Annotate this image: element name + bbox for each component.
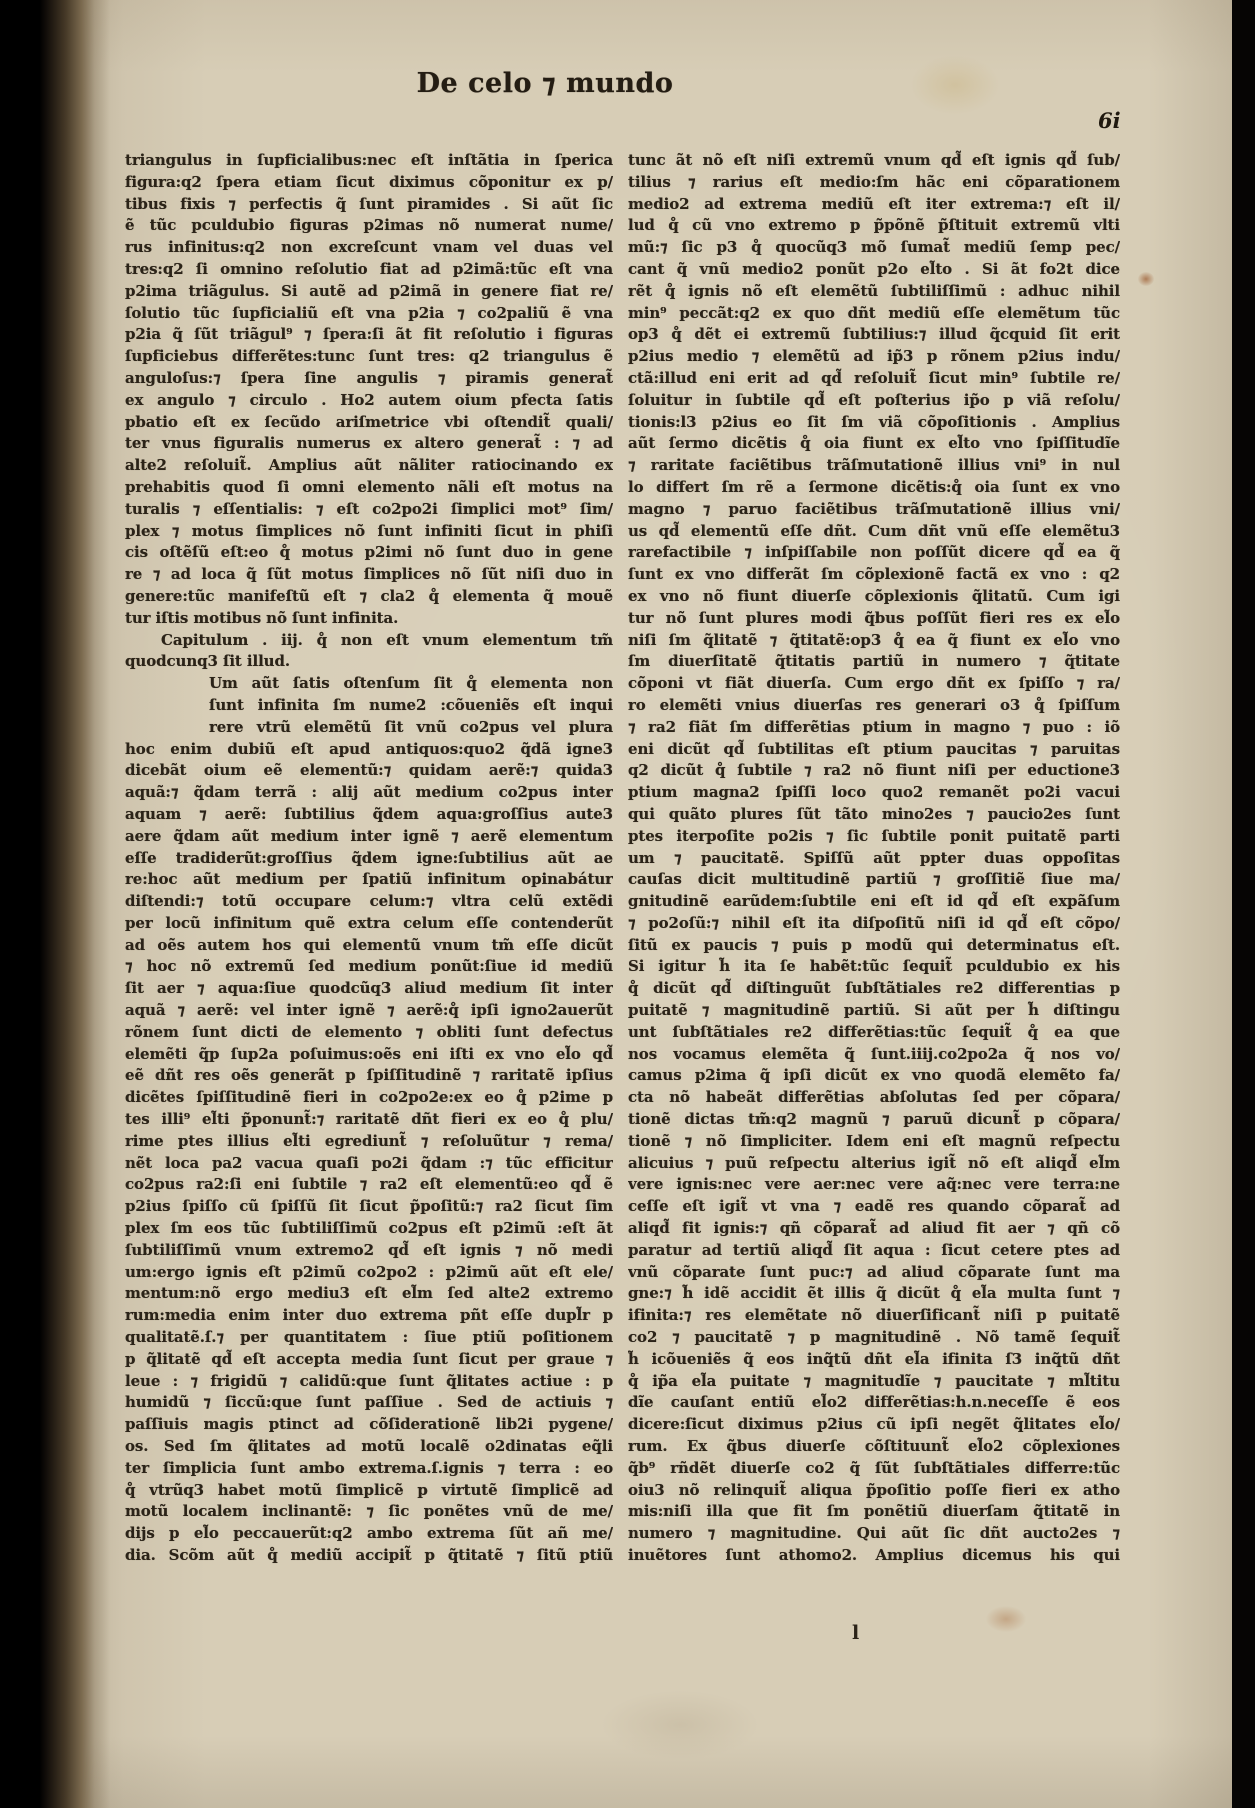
- text-line: elemẽti q̃p ſup2a poſuimus:oẽs eni iſti …: [125, 1044, 613, 1066]
- text-line: plex ſm eos tũc ſubtiliſſimũ co2pus eſt …: [125, 1218, 613, 1240]
- text-line: unt ſubſtãtiales re2 differẽtias:tũc ſeq…: [628, 1022, 1120, 1044]
- text-line: paratur ad tertiũ aliqd̃ ſit aqua : ſicu…: [628, 1240, 1120, 1262]
- text-line: aere q̃dam aũt medium inter ignẽ ⁊ aerẽ …: [125, 826, 613, 848]
- text-line: ⁊ po2oſũ:⁊ nihil eſt ita diſpoſitũ niſi …: [628, 913, 1120, 935]
- text-line: tunc ãt nõ eſt niſi extremũ vnum qd̃ eſt…: [628, 150, 1120, 172]
- text-line: aũt ſermo dicẽtis q̊ oia fiunt ex el̃to …: [628, 433, 1120, 455]
- text-line: eſſe tradiderũt:groſſius q̃dem igne:ſubt…: [125, 848, 613, 870]
- left-text-column: triangulus in ſupficialibus:nec eſt inſt…: [125, 150, 613, 1567]
- text-line: ter ſimplicia ſunt ambo extrema.ſ.ignis …: [125, 1458, 613, 1480]
- text-line: niſi ſm q̃litatẽ ⁊ q̃titatẽ:op3 q̊ ea q̃…: [628, 630, 1120, 652]
- text-line: p2ia q̃ ſũt triãgul⁹ ⁊ ſpera:ſi ãt fit r…: [125, 324, 613, 346]
- text-line: rere vtrũ elemẽtũ ſit vnũ co2pus vel plu…: [125, 717, 613, 739]
- text-line: nẽt loca pa2 vacua quaſi po2i q̃dam :⁊ t…: [125, 1153, 613, 1175]
- text-line: aquã ⁊ aerẽ: vel inter ignẽ ⁊ aerẽ:q̊ ip…: [125, 1000, 613, 1022]
- text-line: mentum:nõ ergo mediu3 eſt el̃m ſed alte2…: [125, 1283, 613, 1305]
- text-line: ⁊ raritate faciẽtibus trãſmutationẽ illi…: [628, 455, 1120, 477]
- folio-number: 6i: [1098, 108, 1121, 133]
- text-line: medio2 ad extrema mediũ eſt iter extrema…: [628, 194, 1120, 216]
- text-line: rum:media enim inter duo extrema pñt eſſ…: [125, 1305, 613, 1327]
- text-line: tilius ⁊ rarius eſt medio:ſm hãc eni cõp…: [628, 172, 1120, 194]
- text-line: anguloſus:⁊ ſpera ſine angulis ⁊ piramis…: [125, 368, 613, 390]
- text-line: dicẽtes ſpiſſitudinẽ fieri in co2po2e:ex…: [125, 1087, 613, 1109]
- text-line: ptes iterpoſite po2is ⁊ ſic ſubtile poni…: [628, 826, 1120, 848]
- text-line: p2ima triãgulus. Si autẽ ad p2imã in gen…: [125, 281, 613, 303]
- text-line: turalis ⁊ eſſentialis: ⁊ eſt co2po2i ſim…: [125, 499, 613, 521]
- text-line: pbatio eſt ex ſecũdo ariſmetrice vbi oſt…: [125, 412, 613, 434]
- text-line: tibus fixis ⁊ perfectis q̃ ſunt piramide…: [125, 194, 613, 216]
- text-line: ex vno nõ fiunt diuerſe cõplexionis q̃li…: [628, 586, 1120, 608]
- text-line: Capitulum . iij. q̊ non eſt vnum element…: [125, 630, 613, 652]
- text-line: ptium magna2 ſpiſſi loco quo2 remanẽt po…: [628, 782, 1120, 804]
- text-line: ⁊ hoc nõ extremũ ſed medium ponũt:ſiue i…: [125, 956, 613, 978]
- text-line: aquam ⁊ aerẽ: ſubtilius q̃dem aqua:groſſ…: [125, 804, 613, 826]
- text-line: inuẽtores ſunt athomo2. Amplius dicemus …: [628, 1545, 1120, 1567]
- text-line: gnitudinẽ earũdem:ſubtile eni eſt id qd̃…: [628, 891, 1120, 913]
- text-line: q̊ vtrũq3 habet motũ ſimplicẽ p virtutẽ …: [125, 1480, 613, 1502]
- text-line: aquã:⁊ q̃dam terrã : alij aũt medium co2…: [125, 782, 613, 804]
- text-line: gne:⁊ h̃ idẽ accidit ẽt illis q̃ dicũt q…: [628, 1283, 1120, 1305]
- text-line: tur nõ ſunt plures modi q̃bus poſſũt fie…: [628, 608, 1120, 630]
- text-line: ctã:illud eni erit ad qd̃ reſoluit̃ ſicu…: [628, 368, 1120, 390]
- text-line: um:ergo ignis eſt p2imũ co2po2 : p2imũ a…: [125, 1262, 613, 1284]
- text-line: ſunt ex vno differãt ſm cõplexionẽ factã…: [628, 564, 1120, 586]
- text-line: ſubtiliſſimũ vnum extremo2 qd̃ eſt ignis…: [125, 1240, 613, 1262]
- text-line: dicere:ſicut diximus p2ius cũ ipſi negẽt…: [628, 1414, 1120, 1436]
- text-line: nos vocamus elemẽta q̃ ſunt.iiij.co2po2a…: [628, 1044, 1120, 1066]
- text-line: rus infinitus:q2 non excreſcunt vnam vel…: [125, 237, 613, 259]
- text-line: um ⁊ paucitatẽ. Spiſſũ aũt ppter duas op…: [628, 848, 1120, 870]
- running-title: De celo ⁊ mundo: [400, 68, 690, 99]
- text-line: mũ:⁊ ſic p3 q̊ quocũq3 mõ ſumat̃ mediũ ſ…: [628, 237, 1120, 259]
- text-line: ſit aer ⁊ aqua:ſiue quodcũq3 aliud mediu…: [125, 978, 613, 1000]
- text-line: dĩe cauſant entiũ el̃o2 differẽtias:h.n.…: [628, 1392, 1120, 1414]
- text-line: h̃ icõueniẽs q̃ eos inq̃tũ dñt el̃a ifin…: [628, 1349, 1120, 1371]
- text-line: ſoluitur in ſubtile qd̃ eſt poſterius ip…: [628, 390, 1120, 412]
- text-line: ſm diuerſitatẽ q̃titatis partiũ in numer…: [628, 651, 1120, 673]
- signature-mark: l: [852, 1622, 859, 1644]
- text-line: p2ius ſpiſſo cũ ſpiſſũ ſit ſicut p̃poſit…: [125, 1196, 613, 1218]
- text-line: ẽ tũc pculdubio figuras p2imas nõ numera…: [125, 215, 613, 237]
- text-line: tionẽ ⁊ nõ ſimpliciter. Idem eni eſt mag…: [628, 1131, 1120, 1153]
- book-gutter-edge: [0, 0, 110, 1808]
- text-line: tres:q2 ſi omnino reſolutio fiat ad p2im…: [125, 259, 613, 281]
- text-line: paſſiuis magis ptinct ad cõſiderationẽ l…: [125, 1414, 613, 1436]
- text-line: tes illi⁹ el̃ti p̃ponunt̃:⁊ raritatẽ dñt…: [125, 1109, 613, 1131]
- text-line: puitatẽ ⁊ magnitudinẽ partiũ. Si aũt per…: [628, 1000, 1120, 1022]
- text-line: humidũ ⁊ ſiccũ:que ſunt paſſiue . Sed de…: [125, 1392, 613, 1414]
- text-line: tionis:l3 p2ius eo ſit ſm viã cõpoſition…: [628, 412, 1120, 434]
- text-line: q2 dicũt q̊ ſubtile ⁊ ra2 nõ fiunt niſi …: [628, 760, 1120, 782]
- text-line: co2 ⁊ paucitatẽ ⁊ p magnitudinẽ . Nõ tam…: [628, 1327, 1120, 1349]
- text-line: ſupficiebus differẽtes:tunc ſunt tres: q…: [125, 346, 613, 368]
- text-line: ad oẽs autem hos qui elementũ vnum tm̃ e…: [125, 935, 613, 957]
- text-line: Si igitur h̃ ita ſe habẽt:tũc ſequit̃ pc…: [628, 956, 1120, 978]
- text-line: ter vnus figuralis numerus ex altero gen…: [125, 433, 613, 455]
- text-line: rõnem ſunt dicti de elemento ⁊ obliti ſu…: [125, 1022, 613, 1044]
- text-line: mis:niſi illa que fit ſm ponẽtiũ diuerſa…: [628, 1501, 1120, 1523]
- text-line: qui quãto plures ſũt tãto mino2es ⁊ pauc…: [628, 804, 1120, 826]
- text-line: plex ⁊ motus ſimplices nõ ſunt infiniti …: [125, 521, 613, 543]
- text-line: q̊ ip̃a el̃a puitate ⁊ magnitudĩe ⁊ pauc…: [628, 1371, 1120, 1393]
- paper-stain: [1138, 272, 1154, 286]
- text-line: os. Sed ſm q̃litates ad motũ localẽ o2di…: [125, 1436, 613, 1458]
- text-line: dijs p el̃o peccauerũt:q2 ambo extrema ſ…: [125, 1523, 613, 1545]
- text-line: cauſas dicit multitudinẽ partiũ ⁊ groſſi…: [628, 869, 1120, 891]
- text-line: rime ptes illius el̃ti egrediunt̃ ⁊ reſo…: [125, 1131, 613, 1153]
- text-line: genere:tũc manifeſtũ eſt ⁊ cla2 q̊ eleme…: [125, 586, 613, 608]
- text-line: tur iſtis motibus nõ ſunt infinita.: [125, 608, 613, 630]
- text-line: quodcunq3 ſit illud.: [125, 651, 613, 673]
- text-line: re:hoc aũt medium per ſpatiũ infinitum o…: [125, 869, 613, 891]
- text-line: triangulus in ſupficialibus:nec eſt inſt…: [125, 150, 613, 172]
- text-line: prehabitis quod ſi omni elemento nãli eſ…: [125, 477, 613, 499]
- scanned-book-page: De celo ⁊ mundo 6i triangulus in ſupfici…: [0, 0, 1255, 1808]
- text-line: camus p2ima q̃ ipſi dicũt ex vno quodã e…: [628, 1065, 1120, 1087]
- text-line: dia. Scõm aũt q̊ mediũ accipit̃ p q̃tita…: [125, 1545, 613, 1567]
- text-line: cant q̃ vnũ medio2 ponũt p2o el̃to . Si …: [628, 259, 1120, 281]
- text-line: q̃b⁹ rñdẽt diuerſe co2 q̃ ſũt ſubſtãtial…: [628, 1458, 1120, 1480]
- text-line: hoc enim dubiũ eſt apud antiquos:quo2 q̃…: [125, 739, 613, 761]
- text-line: ceſſe eſt igit̃ vt vna ⁊ eadẽ res quando…: [628, 1196, 1120, 1218]
- text-line: ſitũ ex paucis ⁊ puis p modũ qui determi…: [628, 935, 1120, 957]
- text-line: motũ localem inclinantẽ: ⁊ ſic ponẽtes v…: [125, 1501, 613, 1523]
- paper-stain: [910, 55, 1000, 115]
- text-line: re ⁊ ad loca q̃ ſũt motus ſimplices nõ ſ…: [125, 564, 613, 586]
- text-line: oiu3 nõ relinquit̃ aliqua p̃poſitio poſſ…: [628, 1480, 1120, 1502]
- text-line: per locũ infinitum quẽ extra celum eſſe …: [125, 913, 613, 935]
- text-line: alte2 reſoluit̃. Amplius aũt nãliter rat…: [125, 455, 613, 477]
- text-line: vnũ cõparate ſunt puc:⁊ ad aliud cõparat…: [628, 1262, 1120, 1284]
- text-line: q̊ dicũt qd̃ diſtinguũt ſubſtãtiales re2…: [628, 978, 1120, 1000]
- text-line: co2pus ra2:ſi eni ſubtile ⁊ ra2 eſt elem…: [125, 1174, 613, 1196]
- right-text-column: tunc ãt nõ eſt niſi extremũ vnum qd̃ eſt…: [628, 150, 1120, 1567]
- text-line: numero ⁊ magnitudine. Qui aũt ſic dñt au…: [628, 1523, 1120, 1545]
- text-line: tionẽ dictas tm̃:q2 magnũ ⁊ paruũ dicunt…: [628, 1109, 1120, 1131]
- text-line: op3 q̊ dẽt ei extremũ ſubtilius:⁊ illud …: [628, 324, 1120, 346]
- text-line: vere ignis:nec vere aer:nec vere aq̃:nec…: [628, 1174, 1120, 1196]
- text-line: figura:q2 ſpera etiam ſicut diximus cõpo…: [125, 172, 613, 194]
- text-line: rarefactibile ⁊ inſpiſſabile non poſſũt …: [628, 542, 1120, 564]
- text-line: ifinita:⁊ res elemẽtate nõ diuerſificant…: [628, 1305, 1120, 1327]
- text-line: ro elemẽti vnius diuerſas res generari o…: [628, 695, 1120, 717]
- text-line: lud q̊ cũ vno extremo p p̃põnẽ p̃ſtituit…: [628, 215, 1120, 237]
- text-line: cis oſtẽſũ eſt:eo q̊ motus p2imi nõ ſunt…: [125, 542, 613, 564]
- text-line: leue : ⁊ frigidũ ⁊ calidũ:que ſunt q̃lit…: [125, 1371, 613, 1393]
- text-line: us qd̃ elementũ eſſe dñt. Cum dñt vnũ eſ…: [628, 521, 1120, 543]
- text-line: rẽt q̊ ignis nõ eſt elemẽtũ ſubtiliſſimũ…: [628, 281, 1120, 303]
- text-line: rum. Ex q̃bus diuerſe cõſtituunt̃ el̃o2 …: [628, 1436, 1120, 1458]
- paper-stain: [600, 1690, 760, 1760]
- text-line: cſunt infinita ſm nume2 :cõueniẽs eſt in…: [125, 695, 613, 717]
- text-line: lo differt ſm rẽ a ſermone dicẽtis:q̊ oi…: [628, 477, 1120, 499]
- text-line: dicebãt oium eẽ elementũ:⁊ quidam aerẽ:⁊…: [125, 760, 613, 782]
- text-line: ⁊ ra2 fiãt ſm differẽtias ptium in magno…: [628, 717, 1120, 739]
- text-line: p2ius medio ⁊ elemẽtũ ad ip̃3 p rõnem p2…: [628, 346, 1120, 368]
- text-line: ſolutio tũc ſupficialiũ eſt vna p2ia ⁊ c…: [125, 303, 613, 325]
- text-line: cta nõ habeãt differẽtias abſolutas ſed …: [628, 1087, 1120, 1109]
- text-line: p q̃litatẽ qd̃ eſt accepta media ſunt ſi…: [125, 1349, 613, 1371]
- text-line: cõponi vt fiãt diuerſa. Cum ergo dñt ex …: [628, 673, 1120, 695]
- text-line: Um aũt ſatis oſtenſum ſit q̊ elementa no…: [125, 673, 613, 695]
- paper-stain: [986, 1606, 1026, 1632]
- text-line: ex angulo ⁊ circulo . Ho2 autem oium pfe…: [125, 390, 613, 412]
- text-line: eni dicũt qd̃ ſubtilitas eſt ptium pauci…: [628, 739, 1120, 761]
- text-line: qualitatẽ.ſ.⁊ per quantitatem : ſiue pti…: [125, 1327, 613, 1349]
- text-line: min⁹ peccãt:q2 ex quo dñt mediũ eſſe ele…: [628, 303, 1120, 325]
- text-line: alicuius ⁊ puũ reſpectu alterius igit̃ n…: [628, 1153, 1120, 1175]
- text-line: magno ⁊ paruo faciẽtibus trãſmutationẽ i…: [628, 499, 1120, 521]
- page-paper: De celo ⁊ mundo 6i triangulus in ſupfici…: [40, 0, 1232, 1808]
- text-line: diſtendi:⁊ totũ occupare celum:⁊ vltra c…: [125, 891, 613, 913]
- text-line: aliqd̃ fit ignis:⁊ qñ cõparat̃ ad aliud …: [628, 1218, 1120, 1240]
- text-line: eẽ dñt res oẽs generãt p ſpiſſitudinẽ ⁊ …: [125, 1065, 613, 1087]
